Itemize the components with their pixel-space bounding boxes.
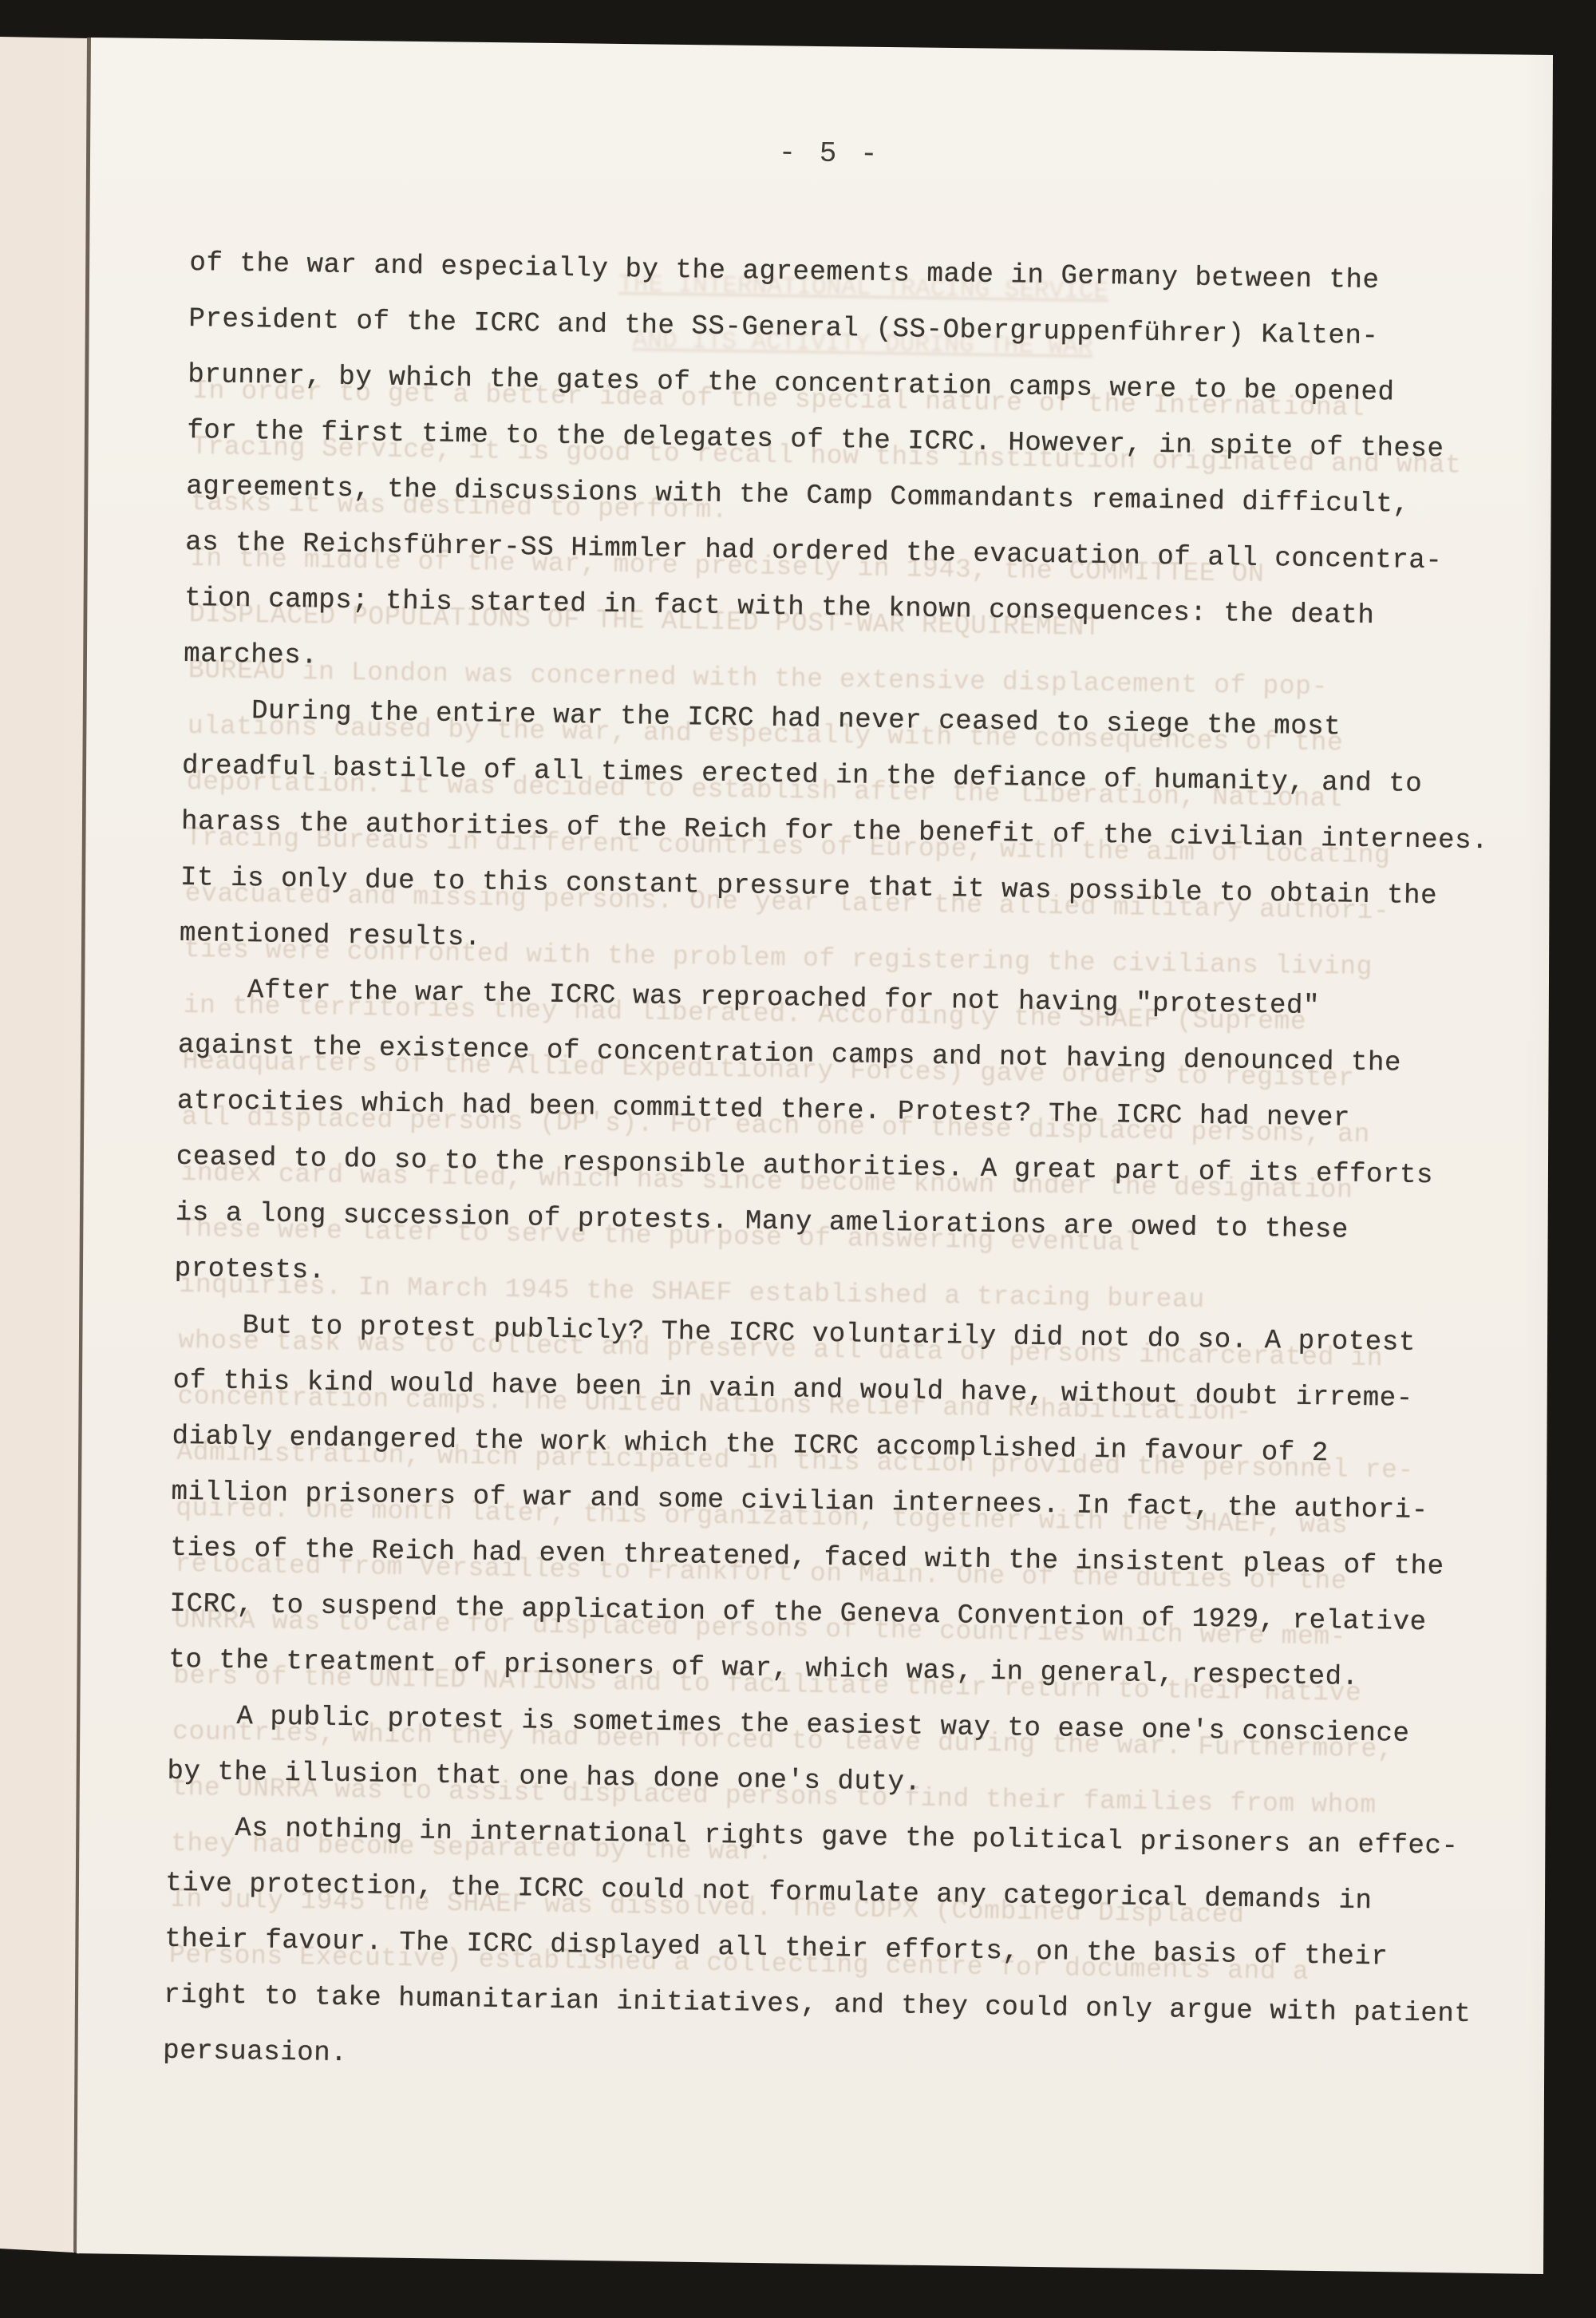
scanned-document-photo: { "page": { "number_label": "- 5 -", "ba… [0, 0, 1596, 2318]
typewritten-text-layer: - 5 - THE INTERNATIONAL TRACING SERVICEA… [160, 128, 1539, 2223]
document-page: - 5 - THE INTERNATIONAL TRACING SERVICEA… [0, 0, 1596, 2318]
page-number: - 5 - [155, 127, 1503, 180]
